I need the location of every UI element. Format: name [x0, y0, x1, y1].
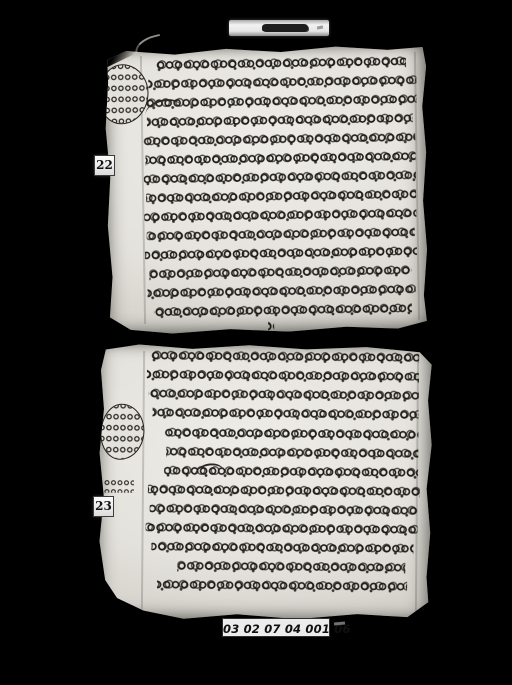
handwriting-line	[156, 55, 406, 72]
handwriting-line	[144, 207, 416, 224]
handwriting-line	[157, 578, 407, 593]
handwriting-line	[151, 349, 419, 364]
folio-number-23: 23	[94, 497, 113, 516]
handwriting-line	[166, 445, 418, 460]
handwriting-line	[144, 169, 416, 186]
handwriting-line	[151, 540, 413, 555]
film-edge-label	[229, 20, 329, 36]
handwriting-line	[147, 226, 415, 243]
handwriting-line	[145, 150, 415, 167]
small-marginal-note	[104, 479, 134, 493]
handwritten-text-block	[97, 343, 433, 622]
handwriting-line	[177, 559, 405, 574]
handwriting-line	[149, 387, 419, 402]
manuscript-page-22	[104, 43, 430, 334]
manuscript-photograph: 22 23 03 02 07 04 001 06	[0, 0, 512, 685]
folio-number-22: 22	[95, 156, 114, 175]
handwriting-line	[268, 320, 274, 333]
handwriting-line	[147, 368, 419, 383]
archive-code: 03 02 07 04 001 06	[223, 622, 351, 636]
film-label-tick	[317, 25, 323, 29]
handwriting-line	[148, 74, 416, 91]
handwriting-line	[164, 426, 418, 441]
film-label-scribble	[262, 24, 308, 32]
handwriting-line	[149, 264, 411, 281]
archive-code-label: 03 02 07 04 001 06	[223, 619, 329, 636]
handwriting-line	[145, 245, 417, 262]
handwritten-text-block	[104, 43, 430, 334]
handwriting-line	[148, 483, 420, 498]
handwriting-line	[153, 406, 419, 421]
handwriting-line	[148, 283, 416, 300]
handwriting-line	[147, 112, 413, 129]
handwriting-line	[154, 302, 412, 319]
handwriting-line	[146, 188, 416, 205]
handwriting-line	[146, 521, 418, 536]
handwriting-line	[150, 502, 418, 517]
handwriting-line	[145, 93, 417, 110]
handwriting-line	[143, 131, 415, 148]
manuscript-page-23	[97, 343, 433, 622]
